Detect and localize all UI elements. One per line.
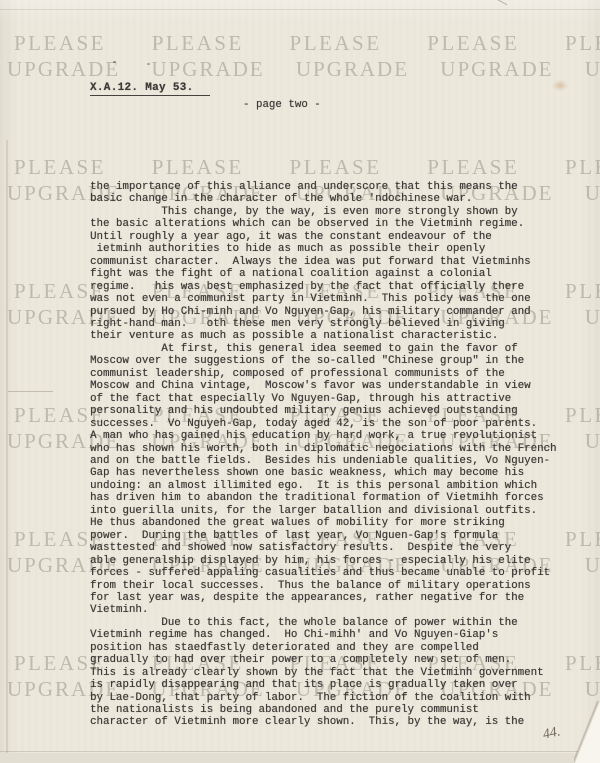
paper-top-edge	[0, 9, 600, 10]
scanned-document-page: PLEASE PLEASE PLEASE PLEASE PLEASE UPGRA…	[0, 0, 600, 763]
scan-artifact-line	[8, 391, 53, 392]
document-reference: X.A.12. May 53.	[90, 82, 210, 96]
ink-speck	[113, 61, 116, 63]
scan-scratch-mark	[495, 0, 508, 5]
watermark-please-text: PLEASE PLEASE PLEASE PLEASE PLEASE	[14, 30, 600, 56]
ink-speck	[147, 63, 150, 65]
rust-stain	[552, 80, 568, 91]
watermark-please-text: PLEASE PLEASE PLEASE PLEASE PLEASE	[14, 154, 600, 180]
document-body-text: the importance of this alliance and unde…	[90, 181, 557, 729]
scanner-bed-strip	[0, 753, 600, 763]
watermark-upgrade-text: UPGRADE UPGRADE UPGRADE UPGRADE UPGRADE	[7, 56, 600, 82]
watermark-row: PLEASE PLEASE PLEASE PLEASE PLEASE UPGRA…	[0, 30, 600, 86]
handwritten-page-number: 44.	[542, 724, 562, 743]
paper-bottom-edge	[0, 751, 600, 753]
paper-left-edge	[6, 140, 8, 763]
page-label: - page two -	[243, 99, 321, 111]
corner-fold	[574, 701, 600, 763]
